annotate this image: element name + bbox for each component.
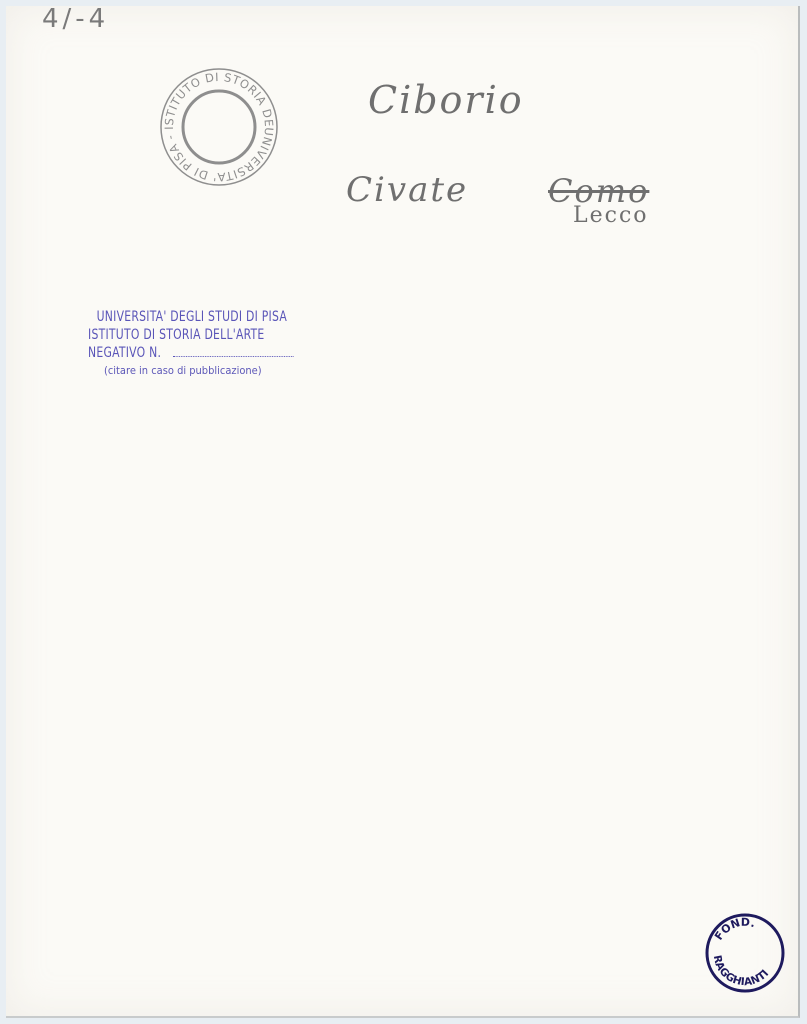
stamp-negative-line: NEGATIVO N. (88, 344, 294, 362)
corrected-location: Lecco (573, 203, 649, 228)
inventory-number: 4/-4 (42, 4, 109, 34)
negative-number-label: NEGATIVO N. (88, 344, 161, 362)
institute-negative-stamp: UNIVERSITA' DEGLI STUDI DI PISA ISTITUTO… (88, 308, 328, 377)
negative-number-blank (173, 346, 293, 357)
university-round-stamp: UNIVERSITA' DI PISA - ISTITUTO DI STORIA… (158, 66, 280, 188)
fond-stamp-top: FOND. (712, 916, 757, 943)
photo-verso-sheet (6, 6, 800, 1018)
svg-text:FOND.: FOND. (712, 916, 757, 943)
handwritten-location: Civate (346, 170, 468, 210)
fondazione-ragghianti-stamp: FOND. RAGGHIANTI (704, 912, 786, 994)
stamp-citation-note: (citare in caso di pubblicazione) (88, 364, 328, 377)
stamp-institute-line: ISTITUTO DI STORIA DELL'ARTE (88, 326, 294, 344)
stamp-university-line: UNIVERSITA' DEGLI STUDI DI PISA (88, 308, 294, 326)
handwritten-title: Ciborio (368, 78, 524, 122)
